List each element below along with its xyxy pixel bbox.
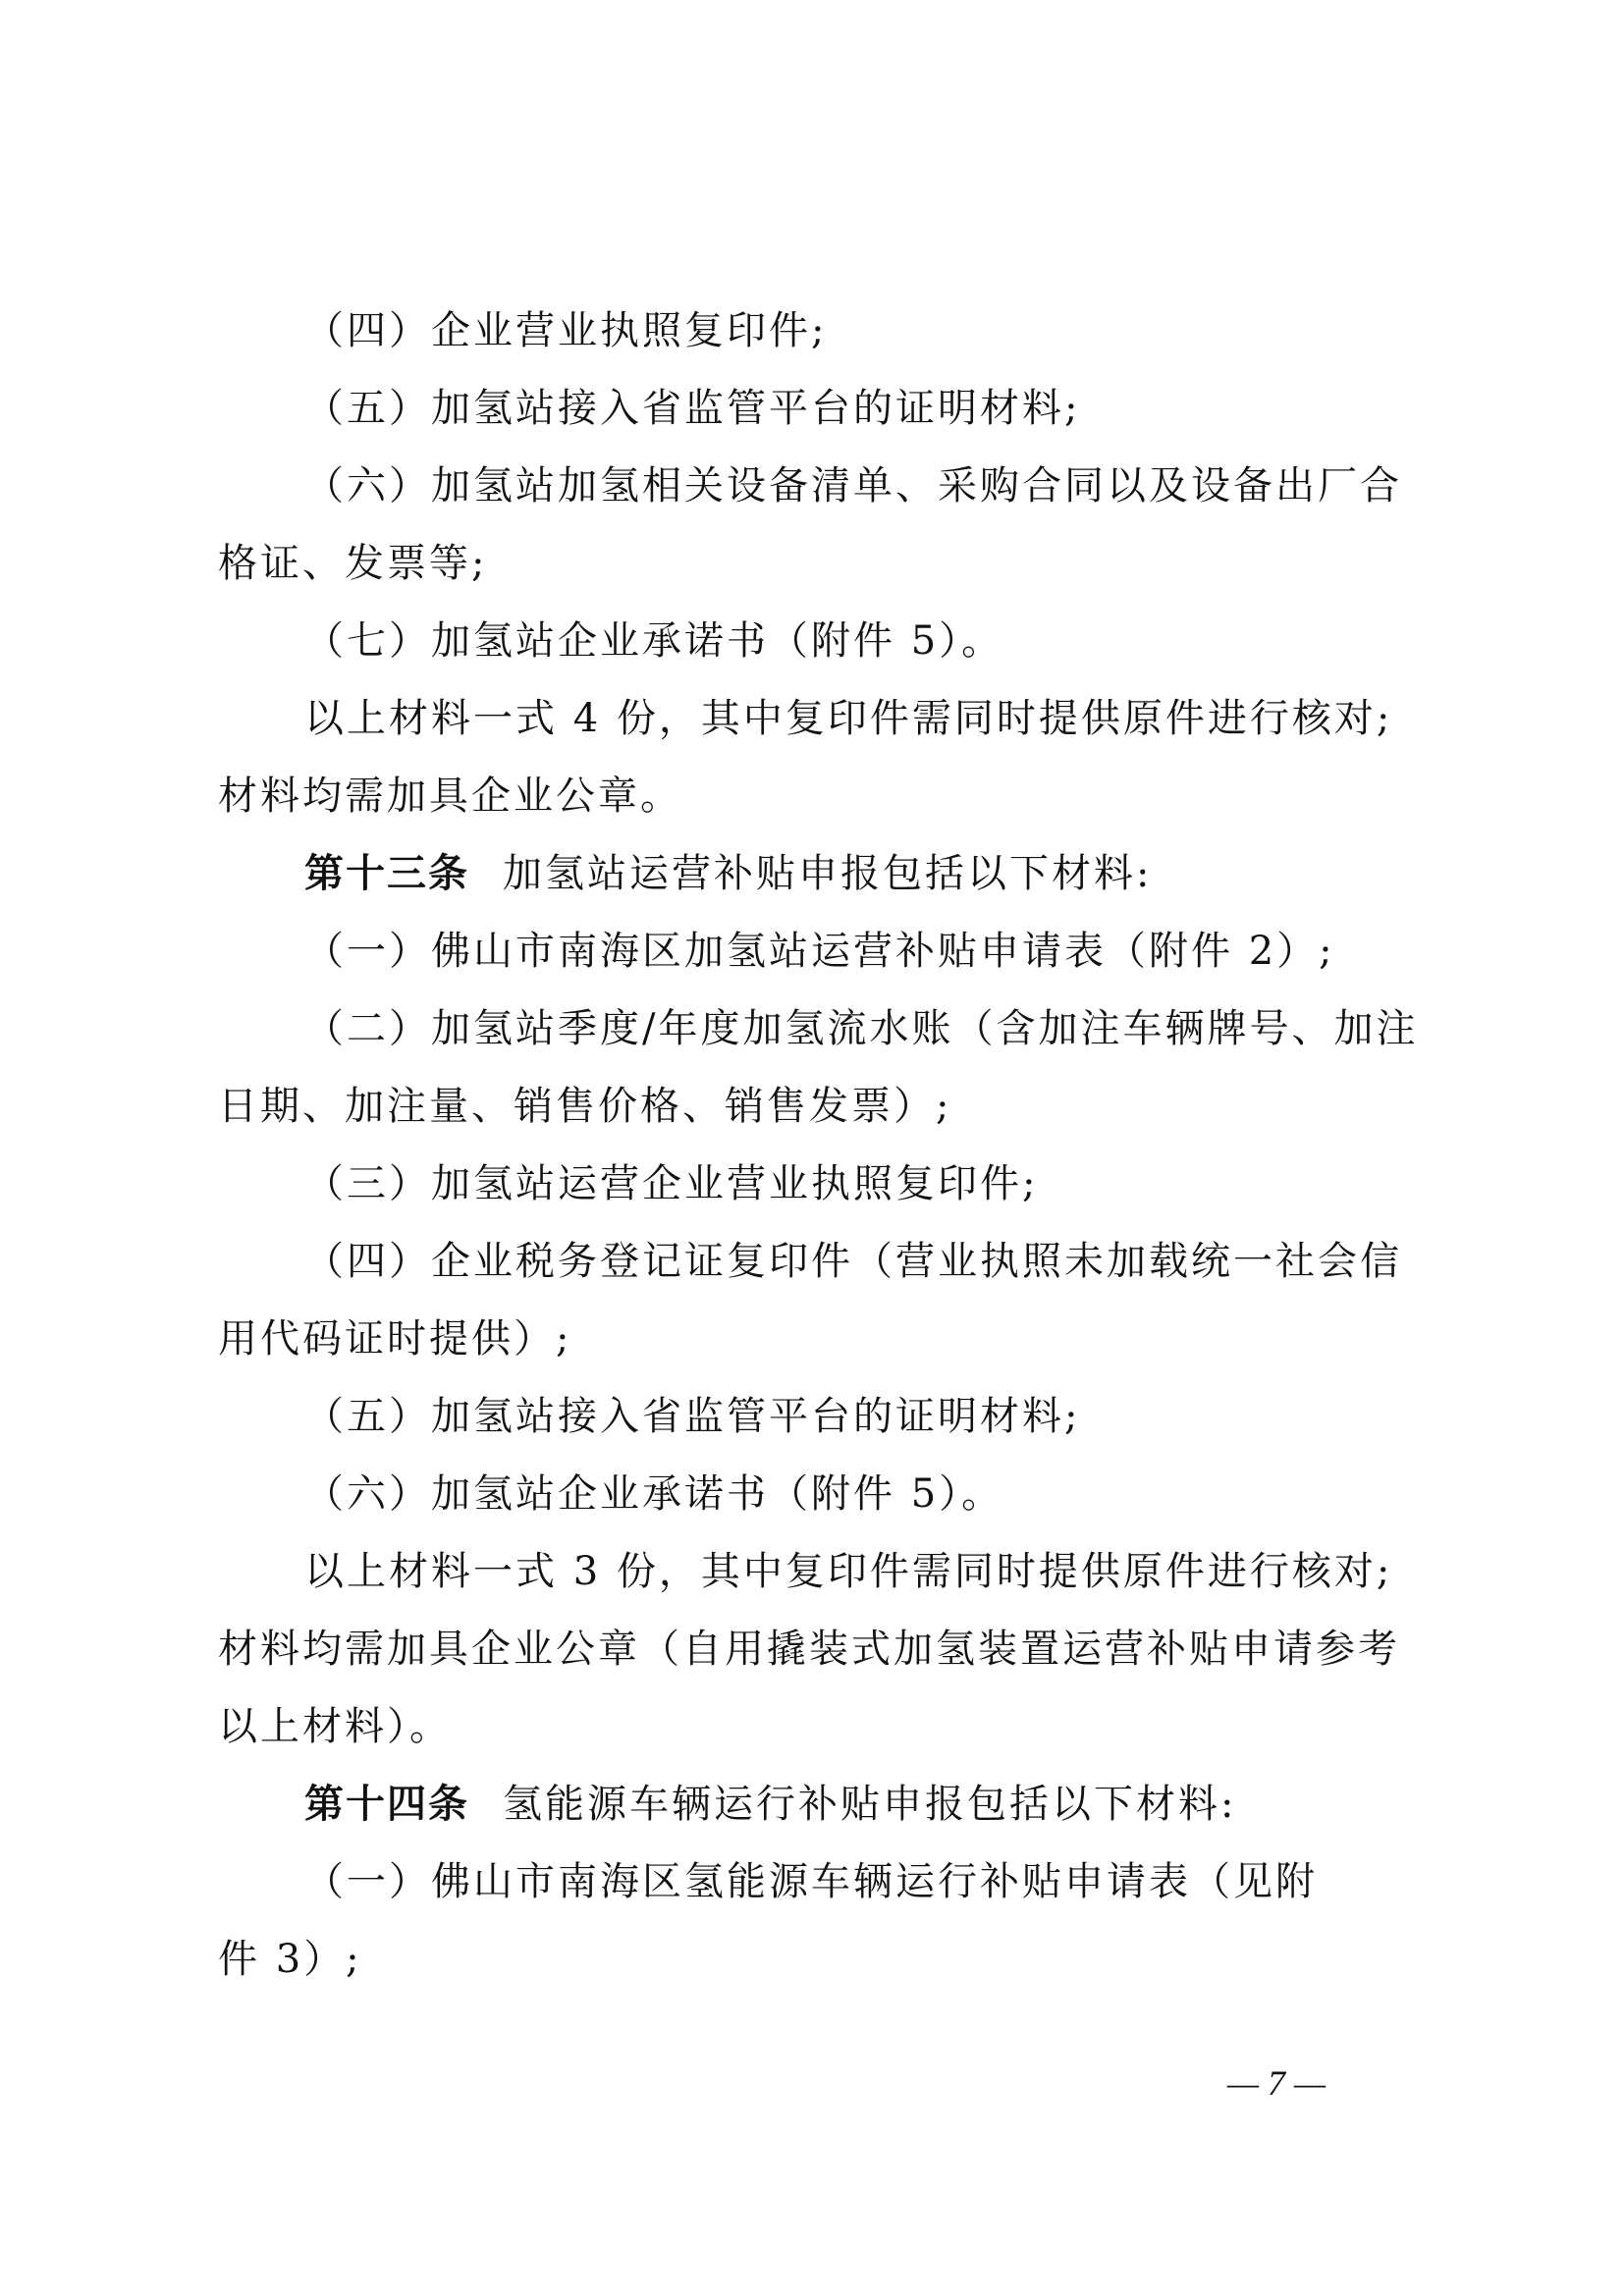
article-number: 第十四条 (304, 1782, 469, 1827)
list-item-7-commitment: （七）加氢站企业承诺书（附件 5）。 (304, 617, 1003, 665)
list-item-6-equipment-list: （六）加氢站加氢相关设备清单、采购合同以及设备出厂合 (304, 462, 1402, 509)
line-text: （七）加氢站企业承诺书（附件 5）。 (304, 618, 1003, 664)
line-text: 材料均需加具企业公章（自用撬装式加氢装置运营补贴申请参考 (218, 1627, 1400, 1672)
a13-item-2-continued: 日期、加注量、销售价格、销售发票）; (218, 1083, 951, 1130)
article-13-heading: 第十三条加氢站运营补贴申报包括以下材料: (304, 850, 1152, 897)
line-text: （一）佛山市南海区氢能源车辆运行补贴申请表（见附 (304, 1859, 1318, 1904)
line-text: （四）企业营业执照复印件; (304, 308, 827, 353)
copies-note-4-continued: 材料均需加具企业公章。 (218, 773, 682, 820)
line-text: （一）佛山市南海区加氢站运营补贴申请表（附件 2）; (304, 929, 1335, 974)
a13-item-3-business-license: （三）加氢站运营企业营业执照复印件; (304, 1160, 1038, 1207)
line-text: 加氢站运营补贴申报包括以下材料: (503, 851, 1152, 896)
copies-note-3-continued: 材料均需加具企业公章（自用撬装式加氢装置运营补贴申请参考 (218, 1626, 1400, 1673)
line-text: 氢能源车辆运行补贴申报包括以下材料: (503, 1782, 1236, 1827)
a13-item-1-application-form: （一）佛山市南海区加氢站运营补贴申请表（附件 2）; (304, 928, 1335, 975)
a13-item-5-platform-proof: （五）加氢站接入省监管平台的证明材料; (304, 1393, 1080, 1440)
line-text: （五）加氢站接入省监管平台的证明材料; (304, 1394, 1080, 1439)
line-text: （二）加氢站季度/年度加氢流水账（含加注车辆牌号、加注 (304, 1006, 1418, 1051)
line-text: 格证、发票等; (218, 541, 487, 586)
article-number: 第十三条 (304, 851, 469, 896)
line-text: 用代码证时提供）; (218, 1316, 571, 1362)
line-text: 材料均需加具企业公章。 (218, 774, 682, 819)
line-text: （六）加氢站加氢相关设备清单、采购合同以及设备出厂合 (304, 463, 1402, 508)
list-item-5-platform-proof: （五）加氢站接入省监管平台的证明材料; (304, 385, 1080, 432)
line-text: （四）企业税务登记证复印件（营业执照未加载统一社会信 (304, 1239, 1402, 1284)
a14-item-1-application-form: （一）佛山市南海区氢能源车辆运行补贴申请表（见附 (304, 1858, 1318, 1905)
line-text: （六）加氢站企业承诺书（附件 5）。 (304, 1471, 1003, 1517)
line-text: 以上材料一式 3 份，其中复印件需同时提供原件进行核对; (304, 1549, 1392, 1594)
line-text: （三）加氢站运营企业营业执照复印件; (304, 1161, 1038, 1206)
copies-note-4: 以上材料一式 4 份，其中复印件需同时提供原件进行核对; (304, 695, 1392, 742)
list-item-6-continued: 格证、发票等; (218, 540, 487, 587)
a13-item-6-commitment: （六）加氢站企业承诺书（附件 5）。 (304, 1470, 1003, 1518)
document-page: （四）企业营业执照复印件; （五）加氢站接入省监管平台的证明材料; （六）加氢站… (0, 0, 1624, 2296)
a13-item-4-continued: 用代码证时提供）; (218, 1315, 571, 1362)
line-text: 件 3）; (218, 1937, 362, 1982)
copies-note-3-end: 以上材料）。 (218, 1703, 452, 1750)
line-text: 日期、加注量、销售价格、销售发票）; (218, 1084, 951, 1129)
a13-item-4-tax-registration: （四）企业税务登记证复印件（营业执照未加载统一社会信 (304, 1238, 1402, 1285)
article-14-heading: 第十四条氢能源车辆运行补贴申报包括以下材料: (304, 1781, 1236, 1828)
a13-item-2-ledger: （二）加氢站季度/年度加氢流水账（含加注车辆牌号、加注 (304, 1005, 1418, 1052)
line-text: （五）加氢站接入省监管平台的证明材料; (304, 386, 1080, 431)
a14-item-1-continued: 件 3）; (218, 1936, 362, 1983)
line-text: 以上材料一式 4 份，其中复印件需同时提供原件进行核对; (304, 696, 1392, 741)
list-item-4-business-license: （四）企业营业执照复印件; (304, 307, 827, 354)
page-number: — 7 — (1227, 2063, 1326, 2103)
line-text: 以上材料）。 (218, 1704, 452, 1749)
copies-note-3: 以上材料一式 3 份，其中复印件需同时提供原件进行核对; (304, 1548, 1392, 1595)
